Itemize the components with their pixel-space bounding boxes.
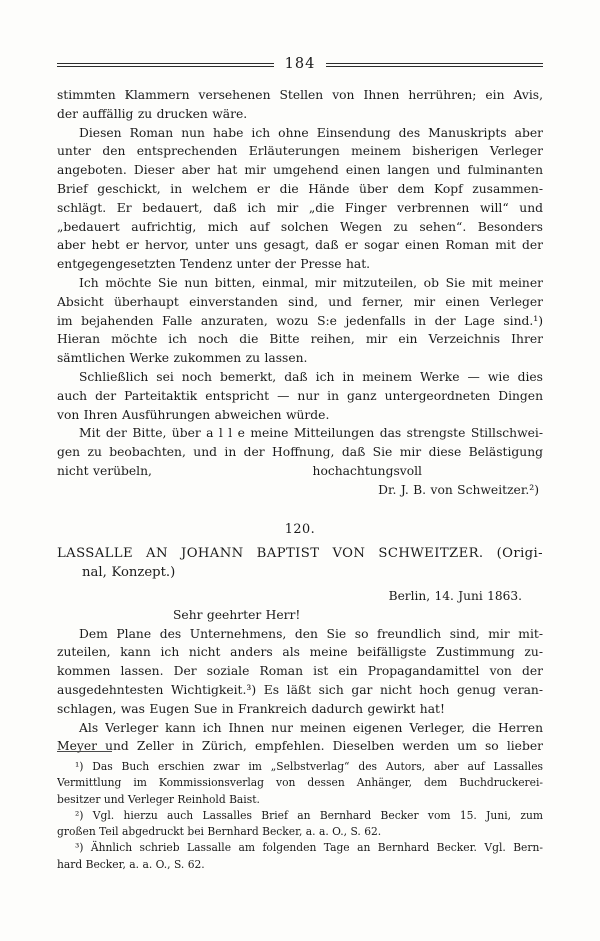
text-line: schlägt. Er bedauert, daß ich mir „die F… (57, 199, 543, 218)
text-line: „bedauert aufrichtig, mich auf solchen W… (57, 218, 543, 237)
dateline: Berlin, 14. Juni 1863. (57, 587, 543, 606)
footnote-1: ¹) Das Buch erschien zwar im „Selbstverl… (57, 759, 543, 808)
paragraph-bitte: Ich möchte Sie nun bitten, einmal, mir m… (57, 274, 543, 368)
footnote-2: ²) Vgl. hierzu auch Lassalles Brief an B… (57, 808, 543, 841)
header-rule-right (326, 63, 543, 67)
letter-heading-line1: LASSALLE AN JOHANN BAPTIST VON SCHWEITZE… (57, 545, 543, 564)
closing-line: nicht verübeln, hochachtungsvoll (57, 462, 543, 481)
footnote-line: großen Teil abgedruckt bei Bernhard Beck… (57, 824, 543, 840)
text-line: schlagen, was Eugen Sue in Frankreich da… (57, 700, 543, 719)
paragraph-stillschweigen: Mit der Bitte, über a l l e meine Mittei… (57, 424, 543, 499)
text-line: Diesen Roman nun habe ich ohne Einsendun… (57, 124, 543, 143)
footnote-line: besitzer und Verleger Reinhold Baist. (57, 792, 543, 808)
paragraph-plan: Dem Plane des Unternehmens, den Sie so f… (57, 625, 543, 719)
text-line: auch der Parteitaktik entspricht — nur i… (57, 387, 543, 406)
text-line: im bejahenden Falle anzuraten, wozu S:e … (57, 312, 543, 331)
text-line: ausgedehntesten Wichtigkeit.³) Es läßt s… (57, 681, 543, 700)
text-line: gen zu beobachten, und in der Hoffnung, … (57, 443, 543, 462)
text-line: stimmten Klammern versehenen Stellen von… (57, 86, 543, 105)
footnote-3: ³) Ähnlich schrieb Lassalle am folgenden… (57, 840, 543, 873)
header-rule-left (57, 63, 274, 67)
text-line: Hieran möchte ich noch die Bitte reihen,… (57, 330, 543, 349)
paragraph-schliesslich: Schließlich sei noch bemerkt, daß ich in… (57, 368, 543, 424)
footnote-line: ¹) Das Buch erschien zwar im „Selbstverl… (57, 759, 543, 775)
text-line: nicht verübeln, (57, 462, 152, 481)
footnote-line: hard Becker, a. a. O., S. 62. (57, 857, 543, 873)
text-line: Mit der Bitte, über a l l e meine Mittei… (57, 424, 543, 443)
footnote-separator (57, 751, 112, 752)
text-line: von Ihren Ausführungen abweichen würde. (57, 406, 543, 425)
signature: Dr. J. B. von Schweitzer.²) (57, 481, 543, 500)
text-line: aber hebt er hervor, unter uns gesagt, d… (57, 236, 543, 255)
text-line: Ich möchte Sie nun bitten, einmal, mir m… (57, 274, 543, 293)
text-line: entgegengesetzten Tendenz unter der Pres… (57, 255, 543, 274)
text-line: kommen lassen. Der soziale Roman ist ein… (57, 662, 543, 681)
text-line: Als Verleger kann ich Ihnen nur meinen e… (57, 719, 543, 738)
footnote-line: ²) Vgl. hierzu auch Lassalles Brief an B… (57, 808, 543, 824)
text-line: Schließlich sei noch bemerkt, daß ich in… (57, 368, 543, 387)
footnote-line: ³) Ähnlich schrieb Lassalle am folgenden… (57, 840, 543, 856)
letter-body: stimmten Klammern versehenen Stellen von… (57, 86, 543, 756)
text-line: zuteilen, kann ich nicht anders als mein… (57, 643, 543, 662)
text-line: sämtlichen Werke zukommen zu lassen. (57, 349, 543, 368)
paragraph-roman: Diesen Roman nun habe ich ohne Einsendun… (57, 124, 543, 274)
footnotes-block: ¹) Das Buch erschien zwar im „Selbstverl… (57, 751, 543, 873)
book-page: 184 stimmten Klammern versehenen Stellen… (0, 0, 600, 941)
text-line: Brief geschickt, in welchem er die Hände… (57, 180, 543, 199)
text-line: Dem Plane des Unternehmens, den Sie so f… (57, 625, 543, 644)
text-line: Absicht überhaupt einverstanden sind, un… (57, 293, 543, 312)
footnote-line: Vermittlung im Kommissionsverlag von des… (57, 775, 543, 791)
page-header: 184 (57, 58, 543, 72)
salutation: Sehr geehrter Herr! (173, 606, 543, 625)
text-line: angeboten. Dieser aber hat mir umgehend … (57, 161, 543, 180)
page-number: 184 (274, 57, 327, 71)
paragraph-continuation: stimmten Klammern versehenen Stellen von… (57, 86, 543, 124)
section-number: 120. (57, 521, 543, 540)
letter-heading-line2: nal, Konzept.) (82, 564, 543, 583)
text-line: der auffällig zu drucken wäre. (57, 105, 543, 124)
closing-formula: hochachtungsvoll (313, 462, 422, 481)
text-line: unter den entsprechenden Erläuterungen m… (57, 142, 543, 161)
letter-120-section: 120. LASSALLE AN JOHANN BAPTIST VON SCHW… (57, 521, 543, 757)
